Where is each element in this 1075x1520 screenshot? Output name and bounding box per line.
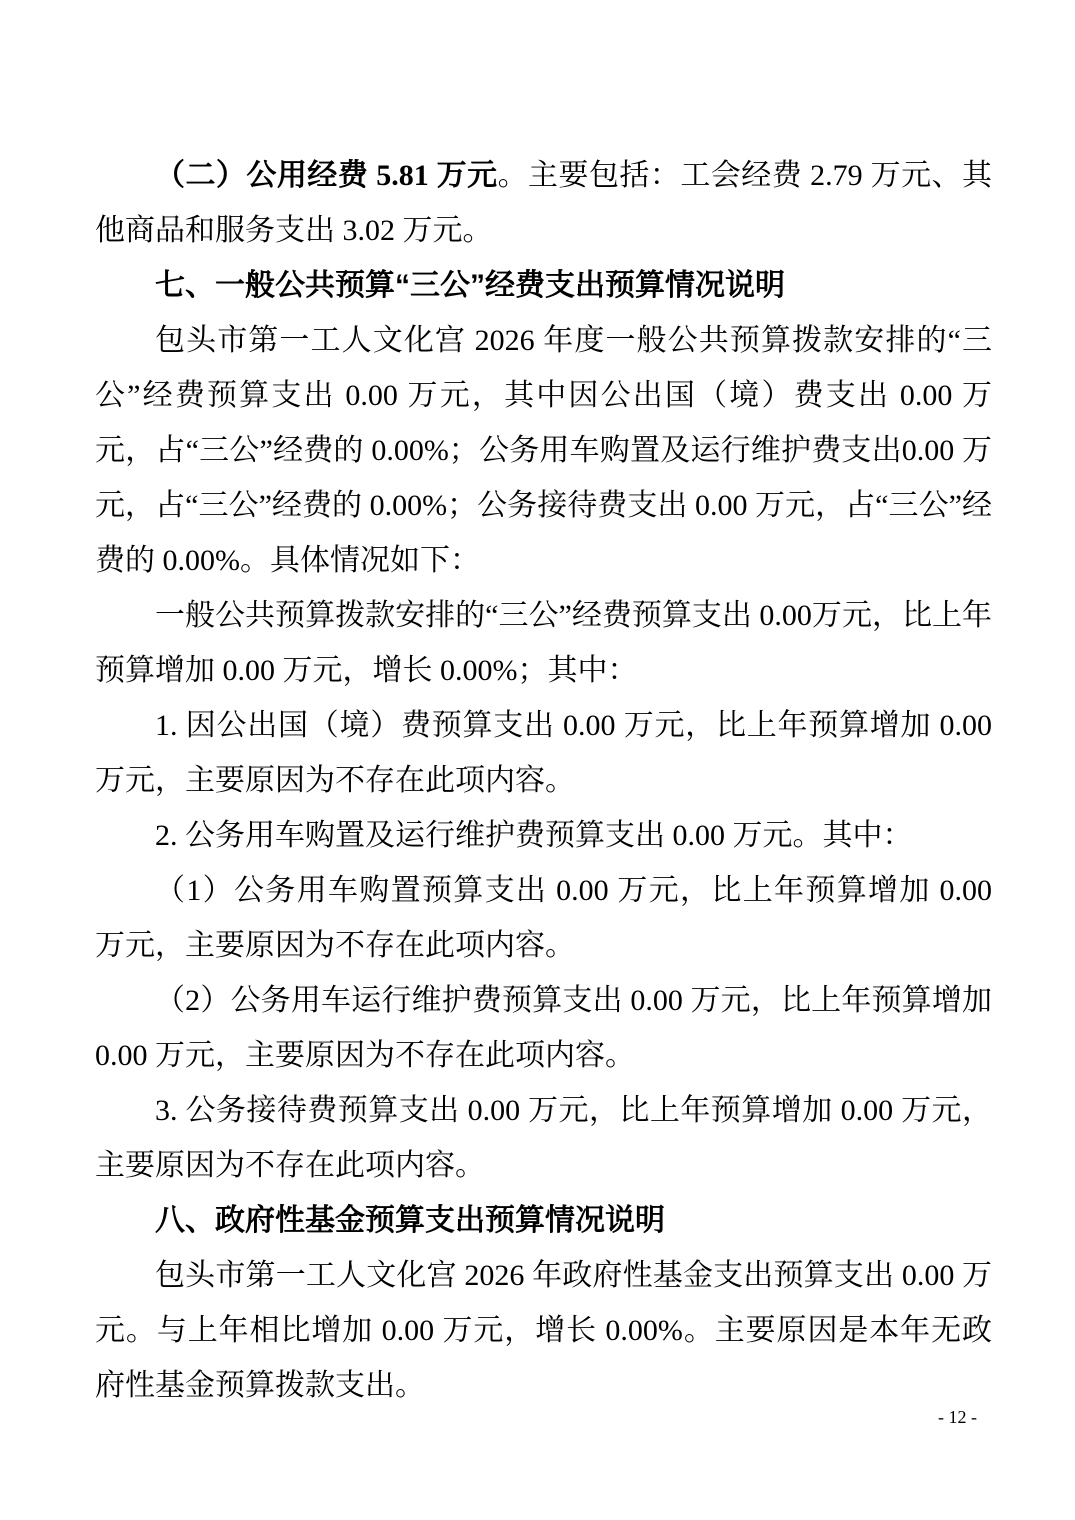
heading-section-7: 七、一般公共预算“三公”经费支出预算情况说明 <box>95 258 992 313</box>
paragraph-item-2-vehicle: 2. 公务用车购置及运行维护费预算支出 0.00 万元。其中： <box>95 808 992 863</box>
paragraph-item-2-1-vehicle-purchase: （1）公务用车购置预算支出 0.00 万元，比上年预算增加 0.00 万元，主要… <box>95 863 992 973</box>
paragraph-gov-fund: 包头市第一工人文化宫 2026 年政府性基金支出预算支出 0.00 万元。与上年… <box>95 1248 992 1413</box>
paragraph-sangong-overview: 包头市第一工人文化宫 2026 年度一般公共预算拨款安排的“三公”经费预算支出 … <box>95 313 992 588</box>
page-number: - 12 - <box>938 1404 977 1430</box>
heading-section-8: 八、政府性基金预算支出预算情况说明 <box>95 1193 992 1248</box>
document-page: （二）公用经费 5.81 万元。主要包括：工会经费 2.79 万元、其他商品和服… <box>0 0 1075 1520</box>
paragraph-public-expense: （二）公用经费 5.81 万元。主要包括：工会经费 2.79 万元、其他商品和服… <box>95 148 992 258</box>
paragraph-public-expense-bold-lead: （二）公用经费 5.81 万元 <box>155 159 498 192</box>
paragraph-item-1-abroad: 1. 因公出国（境）费预算支出 0.00 万元，比上年预算增加 0.00 万元，… <box>95 698 992 808</box>
paragraph-sangong-total: 一般公共预算拨款安排的“三公”经费预算支出 0.00万元，比上年预算增加 0.0… <box>95 588 992 698</box>
document-body: （二）公用经费 5.81 万元。主要包括：工会经费 2.79 万元、其他商品和服… <box>95 148 992 1413</box>
paragraph-item-3-reception: 3. 公务接待费预算支出 0.00 万元，比上年预算增加 0.00 万元，主要原… <box>95 1083 992 1193</box>
paragraph-item-2-2-vehicle-maintenance: （2）公务用车运行维护费预算支出 0.00 万元，比上年预算增加 0.00 万元… <box>95 973 992 1083</box>
